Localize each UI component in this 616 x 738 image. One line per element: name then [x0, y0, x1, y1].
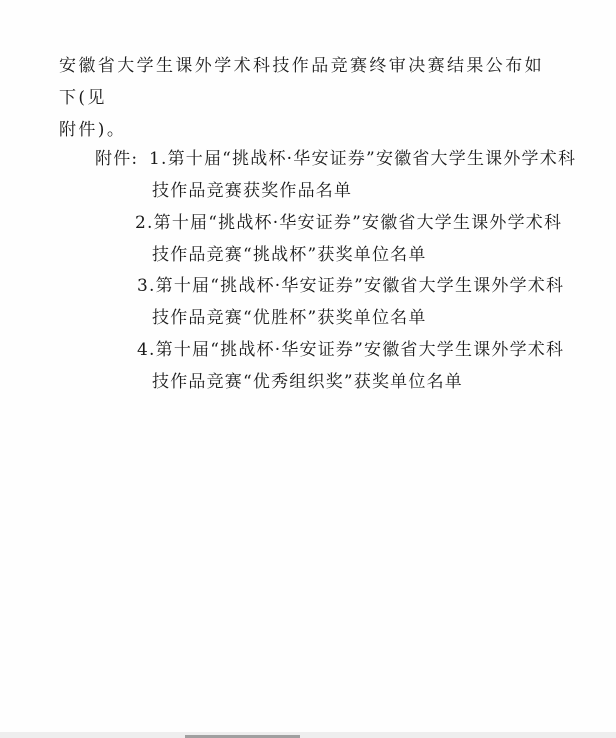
attachment-3-number: 3. [137, 276, 156, 296]
attachment-2-line-2: 技作品竞赛“挑战杯”获奖单位名单 [152, 239, 427, 271]
attachment-1-number: 1. [149, 149, 168, 169]
attachment-2-number: 2. [135, 213, 154, 233]
attachment-3-line-2: 技作品竞赛“优胜杯”获奖单位名单 [152, 302, 427, 334]
attachment-2-title: 第十届“挑战杯·华安证券”安徽省大学生课外学术科 [154, 213, 563, 233]
document-page: 安徽省大学生课外学术科技作品竞赛终审决赛结果公布如下(见 附件)。 附件: 1.… [0, 0, 616, 732]
attachment-1-line-1: 附件: 1.第十届“挑战杯·华安证券”安徽省大学生课外学术科 [95, 143, 576, 175]
intro-paragraph: 安徽省大学生课外学术科技作品竞赛终审决赛结果公布如下(见 附件)。 [59, 50, 559, 146]
attachment-4-line-1: 4.第十届“挑战杯·华安证券”安徽省大学生课外学术科 [137, 334, 564, 366]
attachment-4-number: 4. [137, 340, 156, 360]
horizontal-scrollbar[interactable] [0, 732, 616, 738]
attachment-3-line-1: 3.第十届“挑战杯·华安证券”安徽省大学生课外学术科 [137, 270, 564, 302]
attachment-1-line-2: 技作品竞赛获奖作品名单 [152, 175, 352, 207]
attachment-2-line-1: 2.第十届“挑战杯·华安证券”安徽省大学生课外学术科 [135, 207, 562, 239]
attachment-3-title: 第十届“挑战杯·华安证券”安徽省大学生课外学术科 [156, 276, 565, 296]
attachment-1-title: 第十届“挑战杯·华安证券”安徽省大学生课外学术科 [168, 149, 577, 169]
attachment-4-title: 第十届“挑战杯·华安证券”安徽省大学生课外学术科 [156, 340, 565, 360]
attachment-4-line-2: 技作品竞赛“优秀组织奖”获奖单位名单 [152, 366, 463, 398]
intro-line-1: 安徽省大学生课外学术科技作品竞赛终审决赛结果公布如下(见 [59, 50, 559, 114]
attachments-label: 附件: [95, 149, 138, 169]
intro-line-2: 附件)。 [59, 114, 559, 146]
